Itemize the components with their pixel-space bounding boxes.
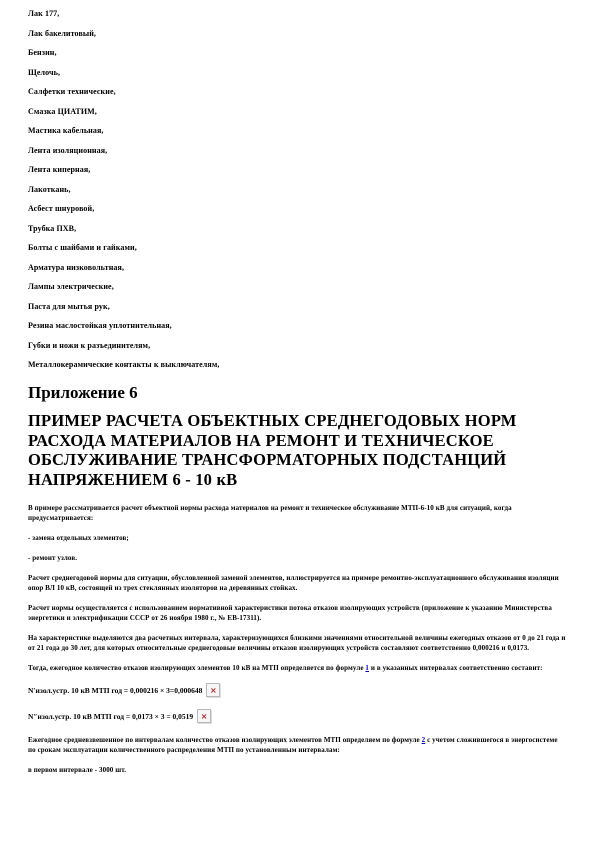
formula-line-2: N″изол.устр. 10 кВ МТП год = 0,0173 × 3 … [28, 709, 567, 723]
document-page: Лак 177, Лак бакелитовый, Бензин, Щелочь… [0, 0, 595, 842]
list-item: Лента изоляционная, [28, 147, 567, 155]
paragraph-formula1-intro: Тогда, ежегодное количество отказов изол… [28, 663, 567, 673]
list-item: Резина маслостойкая уплотнительная, [28, 322, 567, 330]
list-item: Паста для мытья рук, [28, 303, 567, 311]
list-item: Лента киперная, [28, 166, 567, 174]
paragraph-formula1-text-after: и в указанных интервалах соответственно … [369, 664, 543, 672]
page-title: ПРИМЕР РАСЧЕТА ОБЪЕКТНЫХ СРЕДНЕГОДОВЫХ Н… [28, 411, 567, 489]
paragraph-intro: В примере рассматривается расчет объектн… [28, 503, 567, 523]
paragraph-calc-example: Расчет среднегодовой нормы для ситуации,… [28, 573, 567, 593]
list-item: Салфетки технические, [28, 88, 567, 96]
paragraph-intervals: На характеристике выделяются два расчетн… [28, 633, 567, 653]
list-item: Лак 177, [28, 10, 567, 18]
formula-1-expression: N′изол.устр. 10 кВ МТП год = 0,000216 × … [28, 685, 202, 696]
list-item: Мастика кабельная, [28, 127, 567, 135]
paragraph-formula1-text-before: Тогда, ежегодное количество отказов изол… [28, 664, 365, 672]
list-item: Трубка ПХВ, [28, 225, 567, 233]
paragraph-norm-source: Расчет нормы осуществляется с использова… [28, 603, 567, 623]
bullet-replace-elements: - замена отдельных элементов; [28, 533, 567, 543]
list-item: Лампы электрические, [28, 283, 567, 291]
materials-list: Лак 177, Лак бакелитовый, Бензин, Щелочь… [28, 10, 567, 369]
list-item: Металлокерамические контакты к выключате… [28, 361, 567, 369]
interval-value-line: в первом интервале - 3000 шт. [28, 765, 567, 775]
list-item: Лакоткань, [28, 186, 567, 194]
list-item: Губки и ножи к разъединителям, [28, 342, 567, 350]
list-item: Арматура низковольтная, [28, 264, 567, 272]
formula-2-expression: N″изол.устр. 10 кВ МТП год = 0,0173 × 3 … [28, 711, 193, 722]
list-item: Асбест шнуровой, [28, 205, 567, 213]
broken-image-icon: × [197, 709, 211, 723]
list-item: Лак бакелитовый, [28, 30, 567, 38]
paragraph-weighted-text-before: Ежегодное среднeвзвешенное по интервалам… [28, 736, 422, 744]
broken-image-icon: × [206, 683, 220, 697]
paragraph-weighted-average: Ежегодное среднeвзвешенное по интервалам… [28, 735, 567, 755]
appendix-heading: Приложение 6 [28, 383, 567, 403]
list-item: Смазка ЦИАТИМ, [28, 108, 567, 116]
list-item: Щелочь, [28, 69, 567, 77]
bullet-repair-nodes: - ремонт узлов. [28, 553, 567, 563]
formula-line-1: N′изол.устр. 10 кВ МТП год = 0,000216 × … [28, 683, 567, 697]
list-item: Бензин, [28, 49, 567, 57]
list-item: Болты с шайбами и гайками, [28, 244, 567, 252]
